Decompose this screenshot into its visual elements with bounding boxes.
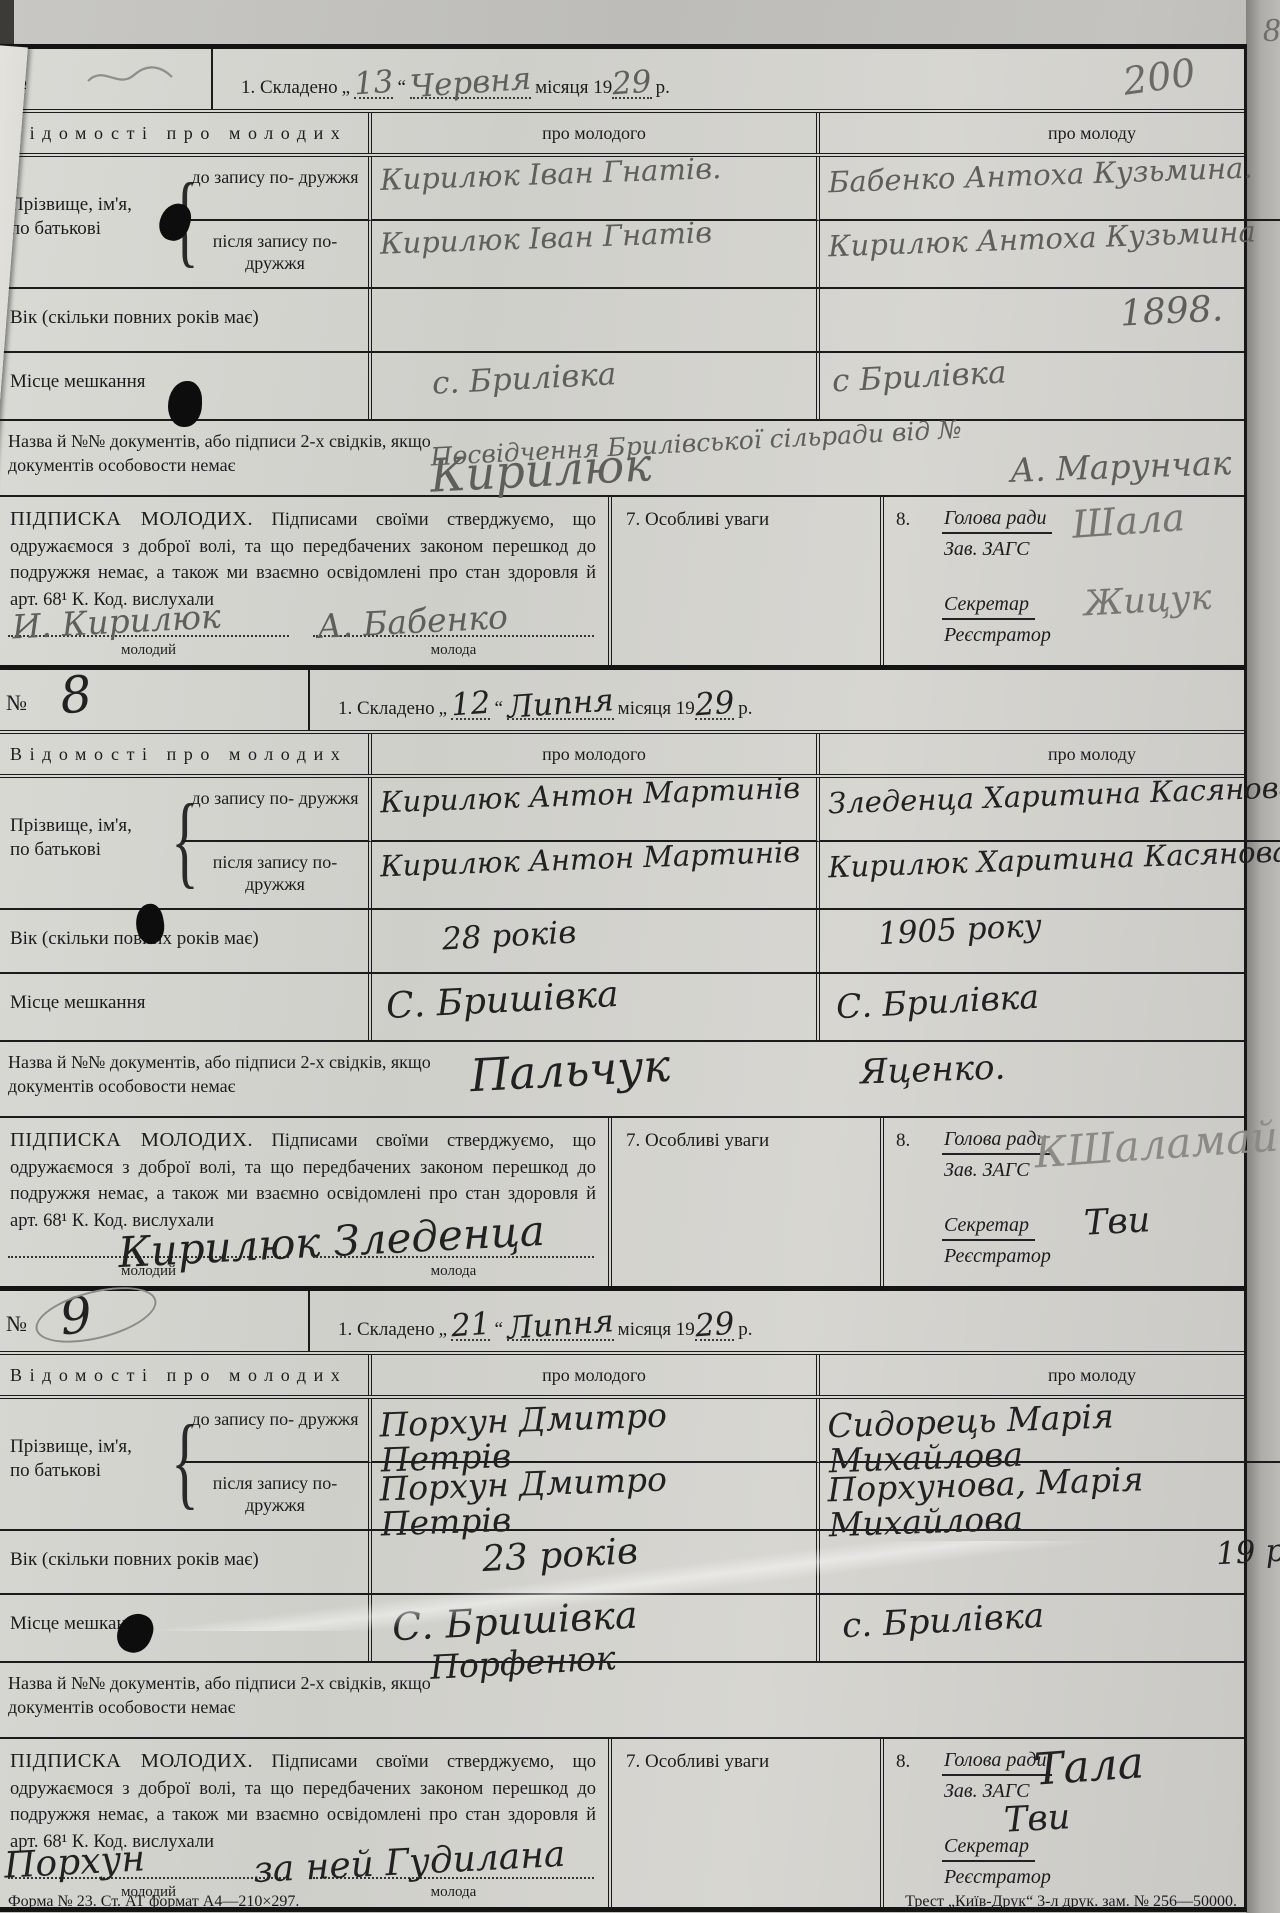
pledge-cell: ПІДПИСКА МОЛОДИХ. Підписами своїми ствер… — [0, 1739, 612, 1907]
info-header: Відомості про молодих — [0, 113, 372, 153]
groom-column-header: про молодого — [372, 734, 820, 774]
compiled-label: 1. Складено — [338, 698, 435, 719]
bride-column-header: про молоду — [820, 734, 1244, 774]
record-number-handwritten: 8 — [57, 664, 95, 725]
special-notes-cell: 7. Особливі уваги — [612, 1118, 884, 1286]
head-signature: Шала — [1071, 495, 1187, 547]
groom-name-after: Порхун Дмитро Петрів — [372, 1463, 820, 1529]
bride-name-after: Порхунова, Марія Михайлова — [820, 1463, 1280, 1529]
bride-residence: с. Брилівка — [820, 1595, 1244, 1661]
number-sign: № — [6, 690, 27, 716]
bride-name-after: Кирилюк Антоха Кузьмина — [820, 221, 1280, 287]
year-suffix: р. — [656, 77, 670, 98]
documents-label: Назва й №№ документів, або підписи 2-х с… — [8, 429, 478, 478]
documents-row: Назва й №№ документів, або підписи 2-х с… — [0, 421, 1244, 497]
special-notes-cell: 7. Особливі уваги — [612, 497, 884, 665]
marriage-record-2: № 8 1. Складено „ 12 “ Липня місяця 1929… — [0, 665, 1247, 1286]
compiled-row: № 9 1. Складено „ 21 “ Липня місяця 1929… — [0, 1291, 1244, 1355]
bride-signature-label: молода — [313, 1263, 594, 1280]
bride-name-before: Сидорець Марія Михайлова — [820, 1399, 1280, 1463]
pledge-row: ПІДПИСКА МОЛОДИХ. Підписами своїми ствер… — [0, 1118, 1244, 1286]
secretary-registrar-label: Секретар Реєстратор — [942, 1835, 1051, 1889]
groom-signature-label: молодий — [8, 642, 289, 659]
age-label: Вік (скільки повних років має) — [0, 1531, 372, 1593]
day-handwritten: 12 — [450, 685, 492, 724]
bride-name-after: Кирилюк Харитина Касянова — [820, 842, 1280, 908]
special-notes-cell: 7. Особливі уваги — [612, 1739, 884, 1907]
groom-residence: с. Брилівка — [372, 353, 820, 419]
item-8-number: 8. — [896, 509, 910, 531]
record-number-cell: № 9 — [0, 1291, 310, 1351]
ink-blot — [168, 381, 202, 427]
secretary-registrar-label: Секретар Реєстратор — [942, 593, 1051, 647]
year-suffix: р. — [738, 1319, 752, 1340]
age-row: Вік (скільки повних років має) 23 років … — [0, 1531, 1244, 1595]
residence-row: Місце мешкання С. Бришівка с. Брилівка — [0, 1595, 1244, 1663]
before-marriage-label: до запису по- дружжя — [182, 778, 372, 842]
column-header-row: Відомості про молодих про молодого про м… — [0, 113, 1244, 157]
year-handwritten: 29 — [611, 64, 653, 103]
after-marriage-label: після запису по- дружжя — [182, 1463, 372, 1529]
open-quote: „ — [439, 1319, 447, 1340]
age-label: Вік (скільки повних років має) — [0, 910, 372, 972]
secretary-signature: Тви — [1003, 1797, 1071, 1840]
bride-column-header: про молоду — [820, 113, 1244, 153]
bride-signature-slot: А. Бабенко молода — [313, 581, 594, 637]
close-quote: “ — [494, 1319, 502, 1340]
before-marriage-label: до запису по- дружжя — [182, 1399, 372, 1463]
newlyweds-signature-area: Кирилюк Зледенца молодий молода — [8, 1202, 594, 1258]
age-row: Вік (скільки повних років має) 28 років … — [0, 910, 1244, 974]
footer-form-number: Форма № 23. Ст. АТ формат А4—210×297. — [8, 1893, 299, 1911]
pledge-title: ПІДПИСКА МОЛОДИХ. — [10, 1750, 253, 1772]
documents-signature-groom: Пальчук — [469, 1039, 672, 1102]
head-signature: КШаламай — [1033, 1112, 1280, 1178]
groom-age: 23 років — [372, 1531, 820, 1593]
pledge-title: ПІДПИСКА МОЛОДИХ. — [10, 1129, 253, 1151]
column-header-row: Відомості про молодих про молодого про м… — [0, 1355, 1244, 1399]
pledge-row: ПІДПИСКА МОЛОДИХ. Підписами своїми ствер… — [0, 497, 1244, 665]
info-header: Відомості про молодих — [0, 1355, 372, 1395]
names-block: Прізвище, ім'я, по батькові { до запису … — [0, 1399, 1244, 1531]
zags-cell: 8. Голова ради Зав. ЗАГС Секретар Реєстр… — [884, 1739, 1244, 1907]
bride-name-before: Бабенко Антоха Кузьмина. — [820, 157, 1280, 221]
bride-residence: С. Брилівка — [820, 974, 1244, 1040]
close-quote: “ — [397, 77, 405, 98]
documents-signature-groom: Порфенюк — [429, 1638, 616, 1687]
after-marriage-label: після запису по- дружжя — [182, 221, 372, 287]
groom-signature: И. Кирилюк — [11, 597, 221, 647]
name-label: Прізвище, ім'я, по батькові { — [0, 1399, 182, 1529]
groom-signature-slot: И. Кирилюк молодий — [8, 581, 289, 637]
record-number-handwritten: 9 — [57, 1285, 95, 1346]
bride-signature-slot: молода — [313, 1202, 594, 1258]
before-marriage-label: до запису по- дружжя — [182, 157, 372, 221]
compiled-cell: 1. Складено „ 21 “ Липня місяця 1929 р. — [310, 1291, 1244, 1351]
documents-label: Назва й №№ документів, або підписи 2-х с… — [8, 1671, 478, 1720]
newlyweds-signature-area: Порхун молодий за ней Гудилана молода — [8, 1823, 594, 1879]
registry-form-paper: 200 № 1. Складено „ 13 “ Червня міс — [0, 44, 1247, 1912]
month-of-label: місяця 19 — [618, 698, 695, 719]
column-header-row: Відомості про молодих про молодого про м… — [0, 734, 1244, 778]
month-handwritten: Липня — [506, 1303, 615, 1346]
adjacent-page-sliver — [0, 0, 14, 44]
bride-signature-label: молода — [313, 642, 594, 659]
pledge-row: ПІДПИСКА МОЛОДИХ. Підписами своїми ствер… — [0, 1739, 1244, 1907]
zags-cell: 8. Голова ради Зав. ЗАГС Секретар Реєстр… — [884, 497, 1244, 665]
groom-residence: С. Бришівка — [372, 974, 820, 1040]
groom-age: 28 років — [372, 910, 820, 972]
print-footer: Форма № 23. Ст. АТ формат А4—210×297. Тр… — [0, 1889, 1247, 1913]
footer-printer-imprint: Трест „Київ-Друк“ 3-л друк. зам. № 256—5… — [905, 1893, 1237, 1911]
bride-age: 19 року — [820, 1531, 1244, 1593]
groom-name-before: Кирилюк Антон Мартинів — [372, 778, 820, 842]
documents-row: Назва й №№ документів, або підписи 2-х с… — [0, 1042, 1244, 1118]
groom-signature-label: молодий — [8, 1263, 289, 1280]
month-of-label: місяця 19 — [618, 1319, 695, 1340]
newlyweds-signature-area: И. Кирилюк молодий А. Бабенко молода — [8, 581, 594, 637]
documents-signature-bride: А. Марунчак — [1009, 443, 1232, 490]
info-header: Відомості про молодих — [0, 734, 372, 774]
groom-name-before: Кирилюк Іван Гнатів. — [372, 157, 820, 221]
groom-signature-slot: Порхун молодий — [8, 1823, 289, 1879]
compiled-row: № 8 1. Складено „ 12 “ Липня місяця 1929… — [0, 670, 1244, 734]
groom-signature: Порхун — [3, 1838, 146, 1886]
compiled-cell: 1. Складено „ 13 “ Червня місяця 1929 р. — [213, 49, 1244, 109]
number-sign: № — [6, 1311, 27, 1337]
age-label: Вік (скільки повних років має) — [0, 289, 372, 351]
bride-column-header: про молоду — [820, 1355, 1244, 1395]
pencil-squiggle — [84, 63, 174, 89]
pledge-cell: ПІДПИСКА МОЛОДИХ. Підписами своїми ствер… — [0, 497, 612, 665]
compiled-label: 1. Складено — [241, 77, 338, 98]
bride-age: 1898. — [820, 289, 1244, 351]
item-8-number: 8. — [896, 1751, 910, 1773]
item-8-number: 8. — [896, 1130, 910, 1152]
marriage-record-3: № 9 1. Складено „ 21 “ Липня місяця 1929… — [0, 1286, 1247, 1912]
secretary-signature: Жицук — [1083, 578, 1212, 625]
compiled-cell: 1. Складено „ 12 “ Липня місяця 1929 р. — [310, 670, 1244, 730]
compiled-row: № 1. Складено „ 13 “ Червня місяця 1929 … — [0, 49, 1244, 113]
open-quote: „ — [439, 698, 447, 719]
names-block: Прізвище, ім'я, по батькові { до запису … — [0, 778, 1244, 910]
secretary-signature: Тви — [1083, 1200, 1151, 1243]
zags-cell: 8. Голова ради Зав. ЗАГС Секретар Реєстр… — [884, 1118, 1244, 1286]
open-quote: „ — [342, 77, 350, 98]
groom-column-header: про молодого — [372, 113, 820, 153]
corner-pencil-mark: 8 — [1263, 12, 1280, 50]
scanned-registry-page: 8 200 № 1. Складено „ 13 “ — [0, 0, 1280, 1913]
pledge-cell: ПІДПИСКА МОЛОДИХ. Підписами своїми ствер… — [0, 1118, 612, 1286]
month-handwritten: Червня — [409, 61, 532, 105]
name-label: Прізвище, ім'я, по батькові { — [0, 778, 182, 908]
record-number-cell: № 8 — [0, 670, 310, 730]
month-handwritten: Липня — [506, 682, 615, 725]
year-handwritten: 29 — [694, 1306, 736, 1345]
pledge-title: ПІДПИСКА МОЛОДИХ. — [10, 508, 253, 530]
bride-name-before: Зледенца Харитина Касянова — [820, 778, 1280, 842]
groom-column-header: про молодого — [372, 1355, 820, 1395]
bride-signature: за ней Гудилана — [252, 1834, 566, 1891]
month-of-label: місяця 19 — [535, 77, 612, 98]
name-label: Прізвище, ім'я, по батькові { — [0, 157, 182, 287]
bride-age: 1905 року — [820, 910, 1244, 972]
bride-signature: А. Бабенко — [316, 597, 509, 646]
compiled-label: 1. Складено — [338, 1319, 435, 1340]
groom-signature-slot: Кирилюк Зледенца молодий — [8, 1202, 289, 1258]
close-quote: “ — [494, 698, 502, 719]
age-row: Вік (скільки повних років має) 1898. — [0, 289, 1244, 353]
groom-name-after: Кирилюк Іван Гнатів — [372, 221, 820, 287]
marriage-record-1: 200 № 1. Складено „ 13 “ Червня міс — [0, 44, 1247, 665]
documents-row: Назва й №№ документів, або підписи 2-х с… — [0, 1663, 1244, 1739]
year-handwritten: 29 — [694, 685, 736, 724]
bride-signature-slot: за ней Гудилана молода — [313, 1823, 594, 1879]
day-handwritten: 13 — [353, 64, 395, 103]
head-signature: Тала — [1032, 1737, 1145, 1796]
year-suffix: р. — [738, 698, 752, 719]
secretary-registrar-label: Секретар Реєстратор — [942, 1214, 1051, 1268]
groom-name-after: Кирилюк Антон Мартинів — [372, 842, 820, 908]
documents-signature-bride: Яценко. — [859, 1047, 1006, 1092]
head-of-council-label: Голова ради Зав. ЗАГС — [942, 507, 1052, 561]
day-handwritten: 21 — [450, 1306, 492, 1345]
groom-name-before: Порхун Дмитро Петрів — [372, 1399, 820, 1463]
residence-row: Місце мешкання С. Бришівка С. Брилівка — [0, 974, 1244, 1042]
after-marriage-label: після запису по- дружжя — [182, 842, 372, 908]
record-number-cell: № — [0, 49, 213, 109]
documents-label: Назва й №№ документів, або підписи 2-х с… — [8, 1050, 478, 1099]
documents-signature-groom: Кирилюк — [429, 437, 653, 503]
residence-label: Місце мешкання — [0, 974, 372, 1040]
groom-age — [372, 289, 820, 351]
residence-label: Місце мешкання — [0, 1595, 372, 1661]
